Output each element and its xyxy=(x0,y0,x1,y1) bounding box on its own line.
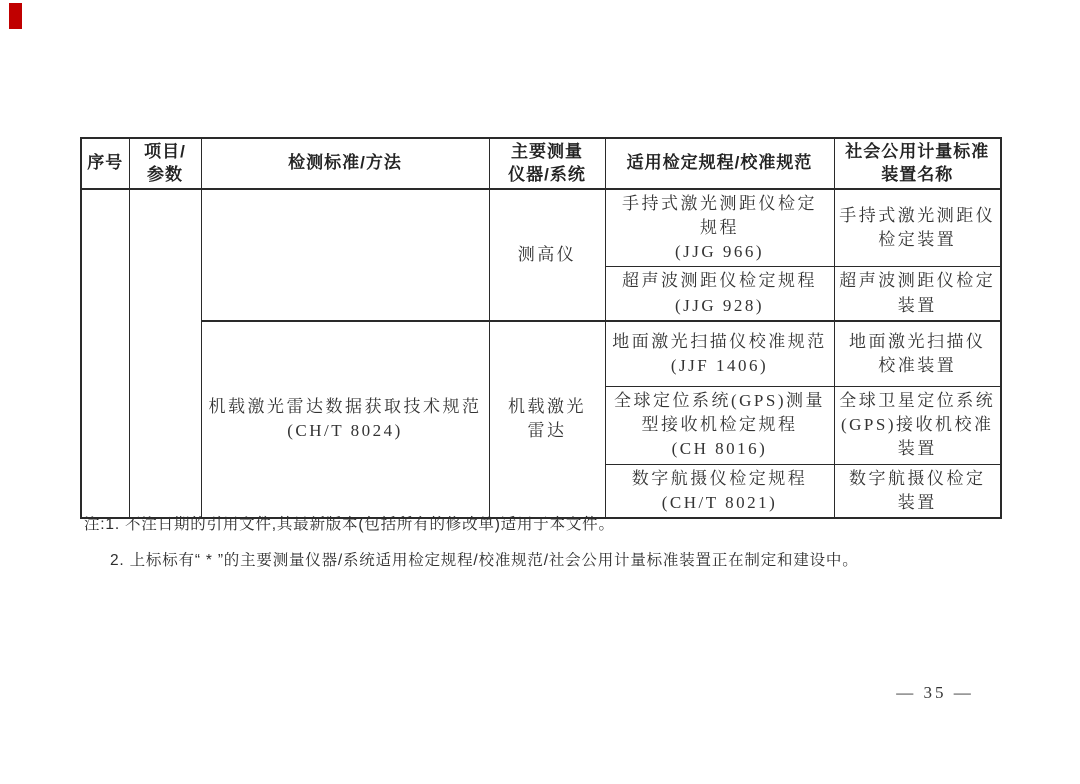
column-header-regulation: 适用检定规程/校准规范 xyxy=(605,138,834,189)
cell-device-jjf1406: 地面激光扫描仪 校准装置 xyxy=(834,321,1001,387)
red-corner-mark xyxy=(9,3,22,29)
cell-regulation-ch8016: 全球定位系统(GPS)测量 型接收机检定规程 (CH 8016) xyxy=(605,387,834,464)
cell-instrument-altimeter: 测高仪 xyxy=(489,189,605,321)
table-row: 机载激光雷达数据获取技术规范 (CH/T 8024) 机载激光 雷达 地面激光扫… xyxy=(81,321,1001,387)
table-header: 序号 项目/ 参数 检测标准/方法 主要测量 仪器/系统 适用检定规程/校准规范… xyxy=(81,138,1001,189)
column-header-standard: 检测标准/方法 xyxy=(201,138,489,189)
page-number: — 35 — xyxy=(860,683,1010,703)
cell-item-empty xyxy=(129,189,201,518)
header-row: 序号 项目/ 参数 检测标准/方法 主要测量 仪器/系统 适用检定规程/校准规范… xyxy=(81,138,1001,189)
cell-regulation-cht8021: 数字航摄仪检定规程 (CH/T 8021) xyxy=(605,464,834,518)
table-body: 测高仪 手持式激光测距仪检定 规程 (JJG 966) 手持式激光测距仪 检定装… xyxy=(81,189,1001,518)
cell-regulation-jjg966: 手持式激光测距仪检定 规程 (JJG 966) xyxy=(605,189,834,267)
cell-instrument-lidar: 机载激光 雷达 xyxy=(489,321,605,518)
cell-device-cht8021: 数字航摄仪检定 装置 xyxy=(834,464,1001,518)
column-header-serial: 序号 xyxy=(81,138,129,189)
cell-serial-empty xyxy=(81,189,129,518)
note-2: 2. 上标标有“ * ”的主要测量仪器/系统适用检定规程/校准规范/社会公用计量… xyxy=(110,548,859,570)
cell-device-jjg928: 超声波测距仪检定 装置 xyxy=(834,267,1001,321)
note-1: 注:1. 不注日期的引用文件,其最新版本(包括所有的修改单)适用于本文件。 xyxy=(84,512,615,534)
cell-standard-empty xyxy=(201,189,489,321)
document-page: 序号 项目/ 参数 检测标准/方法 主要测量 仪器/系统 适用检定规程/校准规范… xyxy=(0,0,1080,784)
cell-regulation-jjf1406: 地面激光扫描仪校准规范 (JJF 1406) xyxy=(605,321,834,387)
measurement-standards-table: 序号 项目/ 参数 检测标准/方法 主要测量 仪器/系统 适用检定规程/校准规范… xyxy=(80,137,1002,519)
cell-device-jjg966: 手持式激光测距仪 检定装置 xyxy=(834,189,1001,267)
cell-device-ch8016: 全球卫星定位系统 (GPS)接收机校准 装置 xyxy=(834,387,1001,464)
table-row: 测高仪 手持式激光测距仪检定 规程 (JJG 966) 手持式激光测距仪 检定装… xyxy=(81,189,1001,267)
column-header-device: 社会公用计量标准 装置名称 xyxy=(834,138,1001,189)
column-header-item: 项目/ 参数 xyxy=(129,138,201,189)
column-header-instrument: 主要测量 仪器/系统 xyxy=(489,138,605,189)
cell-standard-lidar: 机载激光雷达数据获取技术规范 (CH/T 8024) xyxy=(201,321,489,518)
cell-regulation-jjg928: 超声波测距仪检定规程 (JJG 928) xyxy=(605,267,834,321)
